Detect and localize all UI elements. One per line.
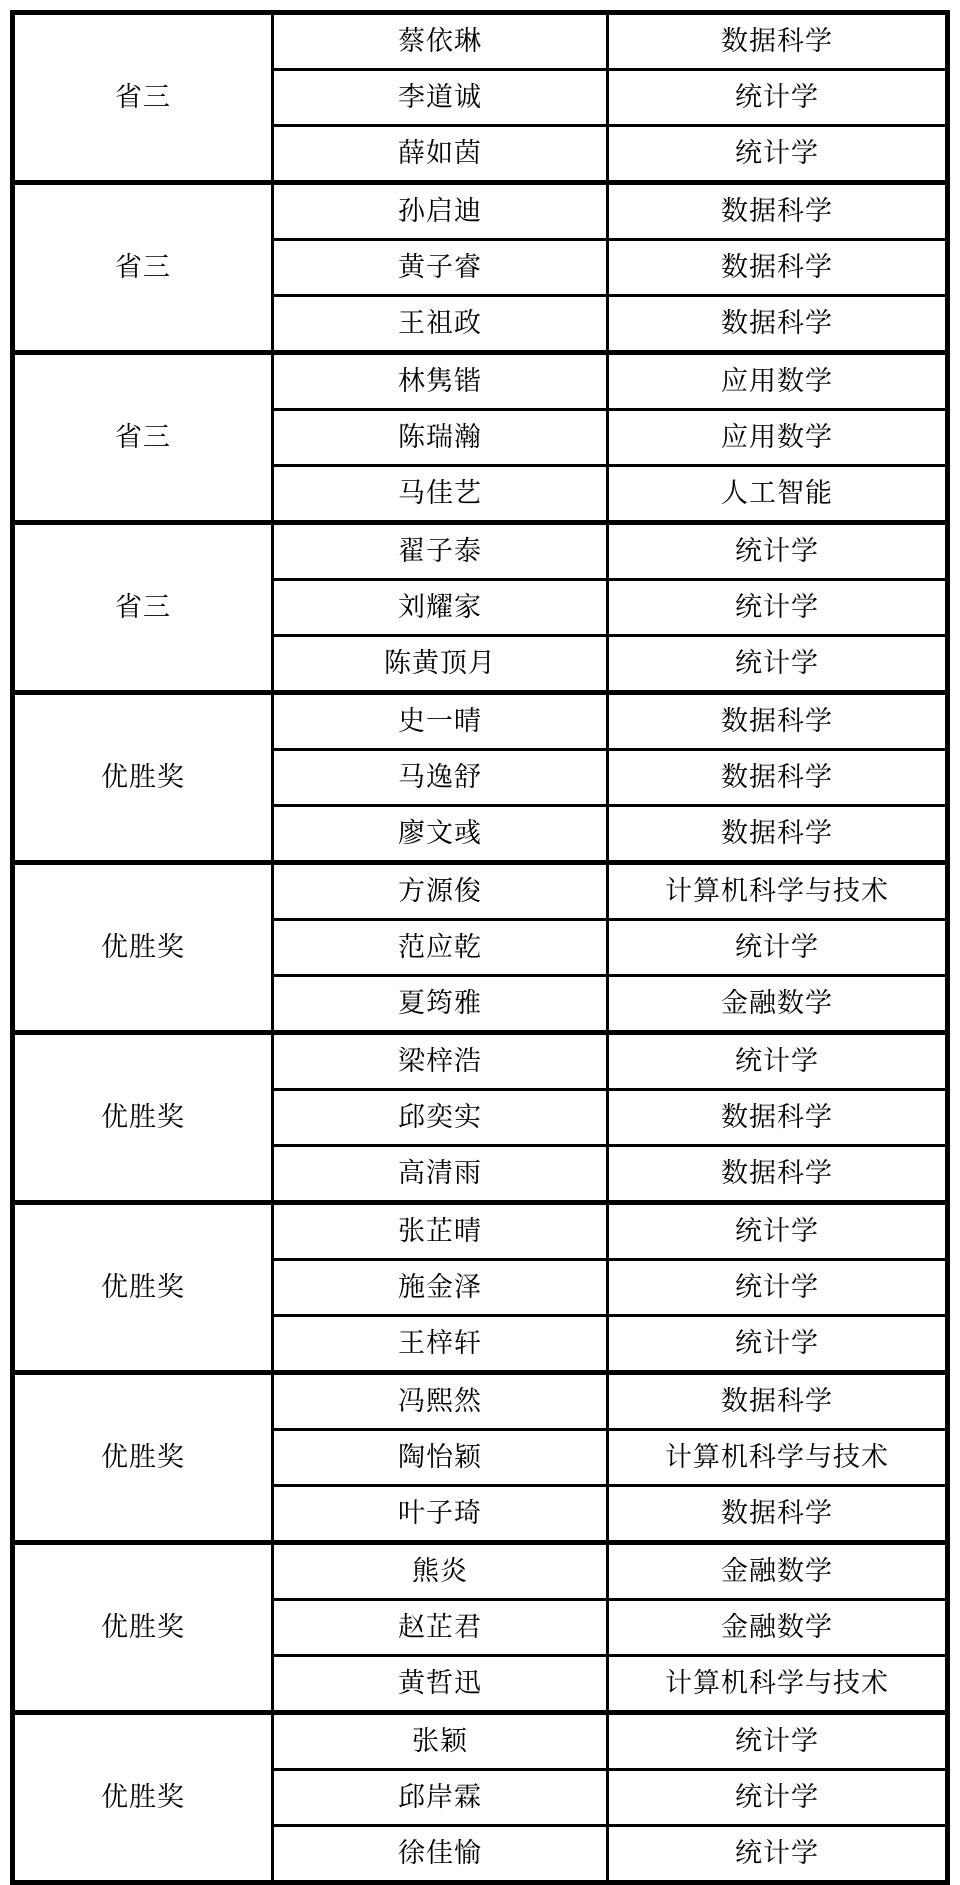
name-cell: 廖文彧 <box>273 806 608 863</box>
award-cell: 优胜奖 <box>13 1203 273 1373</box>
major-cell: 统计学 <box>608 636 948 693</box>
award-cell: 省三 <box>13 183 273 353</box>
table-row: 省三蔡依琳数据科学 <box>13 13 948 70</box>
award-cell: 省三 <box>13 13 273 183</box>
page: 省三蔡依琳数据科学李道诚统计学薛如茵统计学省三孙启迪数据科学黄子睿数据科学王祖政… <box>0 0 960 1880</box>
name-cell: 孙启迪 <box>273 183 608 240</box>
major-cell: 统计学 <box>608 1713 948 1770</box>
name-cell: 陈瑞瀚 <box>273 410 608 466</box>
name-cell: 张芷晴 <box>273 1203 608 1260</box>
major-cell: 数据科学 <box>608 806 948 863</box>
table-row: 优胜奖史一晴数据科学 <box>13 693 948 750</box>
award-cell: 优胜奖 <box>13 693 273 863</box>
table-row: 省三翟子泰统计学 <box>13 523 948 580</box>
name-cell: 蔡依琳 <box>273 13 608 70</box>
name-cell: 方源俊 <box>273 863 608 920</box>
name-cell: 徐佳愉 <box>273 1826 608 1883</box>
major-cell: 应用数学 <box>608 410 948 466</box>
major-cell: 统计学 <box>608 126 948 183</box>
major-cell: 数据科学 <box>608 693 948 750</box>
name-cell: 夏筠雅 <box>273 976 608 1033</box>
name-cell: 梁梓浩 <box>273 1033 608 1090</box>
major-cell: 计算机科学与技术 <box>608 1430 948 1486</box>
name-cell: 林隽锴 <box>273 353 608 410</box>
major-cell: 统计学 <box>608 1203 948 1260</box>
major-cell: 金融数学 <box>608 1600 948 1656</box>
name-cell: 陶怡颖 <box>273 1430 608 1486</box>
major-cell: 数据科学 <box>608 240 948 296</box>
table-row: 优胜奖冯熙然数据科学 <box>13 1373 948 1430</box>
major-cell: 统计学 <box>608 1770 948 1826</box>
major-cell: 统计学 <box>608 580 948 636</box>
name-cell: 高清雨 <box>273 1146 608 1203</box>
name-cell: 王祖政 <box>273 296 608 353</box>
major-cell: 数据科学 <box>608 1486 948 1543</box>
table-row: 省三林隽锴应用数学 <box>13 353 948 410</box>
major-cell: 统计学 <box>608 1826 948 1883</box>
awards-table: 省三蔡依琳数据科学李道诚统计学薛如茵统计学省三孙启迪数据科学黄子睿数据科学王祖政… <box>10 10 950 1885</box>
major-cell: 金融数学 <box>608 976 948 1033</box>
major-cell: 计算机科学与技术 <box>608 863 948 920</box>
name-cell: 施金泽 <box>273 1260 608 1316</box>
table-row: 优胜奖张颖统计学 <box>13 1713 948 1770</box>
name-cell: 黄子睿 <box>273 240 608 296</box>
major-cell: 金融数学 <box>608 1543 948 1600</box>
table-row: 优胜奖梁梓浩统计学 <box>13 1033 948 1090</box>
name-cell: 张颖 <box>273 1713 608 1770</box>
award-cell: 优胜奖 <box>13 863 273 1033</box>
award-cell: 优胜奖 <box>13 1543 273 1713</box>
name-cell: 陈黄顶月 <box>273 636 608 693</box>
table-row: 优胜奖方源俊计算机科学与技术 <box>13 863 948 920</box>
name-cell: 赵芷君 <box>273 1600 608 1656</box>
name-cell: 黄哲迅 <box>273 1656 608 1713</box>
name-cell: 马逸舒 <box>273 750 608 806</box>
major-cell: 数据科学 <box>608 183 948 240</box>
name-cell: 李道诚 <box>273 70 608 126</box>
name-cell: 熊炎 <box>273 1543 608 1600</box>
name-cell: 范应乾 <box>273 920 608 976</box>
table-row: 优胜奖张芷晴统计学 <box>13 1203 948 1260</box>
award-cell: 省三 <box>13 353 273 523</box>
major-cell: 数据科学 <box>608 750 948 806</box>
award-cell: 省三 <box>13 523 273 693</box>
award-cell: 优胜奖 <box>13 1713 273 1883</box>
name-cell: 王梓轩 <box>273 1316 608 1373</box>
major-cell: 统计学 <box>608 523 948 580</box>
name-cell: 冯熙然 <box>273 1373 608 1430</box>
major-cell: 数据科学 <box>608 296 948 353</box>
awards-table-body: 省三蔡依琳数据科学李道诚统计学薛如茵统计学省三孙启迪数据科学黄子睿数据科学王祖政… <box>13 13 948 1883</box>
name-cell: 刘耀家 <box>273 580 608 636</box>
major-cell: 统计学 <box>608 1260 948 1316</box>
table-row: 省三孙启迪数据科学 <box>13 183 948 240</box>
name-cell: 邱奕实 <box>273 1090 608 1146</box>
major-cell: 计算机科学与技术 <box>608 1656 948 1713</box>
table-row: 优胜奖熊炎金融数学 <box>13 1543 948 1600</box>
major-cell: 统计学 <box>608 1316 948 1373</box>
name-cell: 马佳艺 <box>273 466 608 523</box>
major-cell: 统计学 <box>608 920 948 976</box>
name-cell: 史一晴 <box>273 693 608 750</box>
major-cell: 统计学 <box>608 70 948 126</box>
major-cell: 人工智能 <box>608 466 948 523</box>
name-cell: 叶子琦 <box>273 1486 608 1543</box>
major-cell: 统计学 <box>608 1033 948 1090</box>
award-cell: 优胜奖 <box>13 1033 273 1203</box>
major-cell: 数据科学 <box>608 1373 948 1430</box>
major-cell: 数据科学 <box>608 1146 948 1203</box>
name-cell: 邱岸霖 <box>273 1770 608 1826</box>
major-cell: 应用数学 <box>608 353 948 410</box>
name-cell: 翟子泰 <box>273 523 608 580</box>
award-cell: 优胜奖 <box>13 1373 273 1543</box>
name-cell: 薛如茵 <box>273 126 608 183</box>
major-cell: 数据科学 <box>608 13 948 70</box>
major-cell: 数据科学 <box>608 1090 948 1146</box>
